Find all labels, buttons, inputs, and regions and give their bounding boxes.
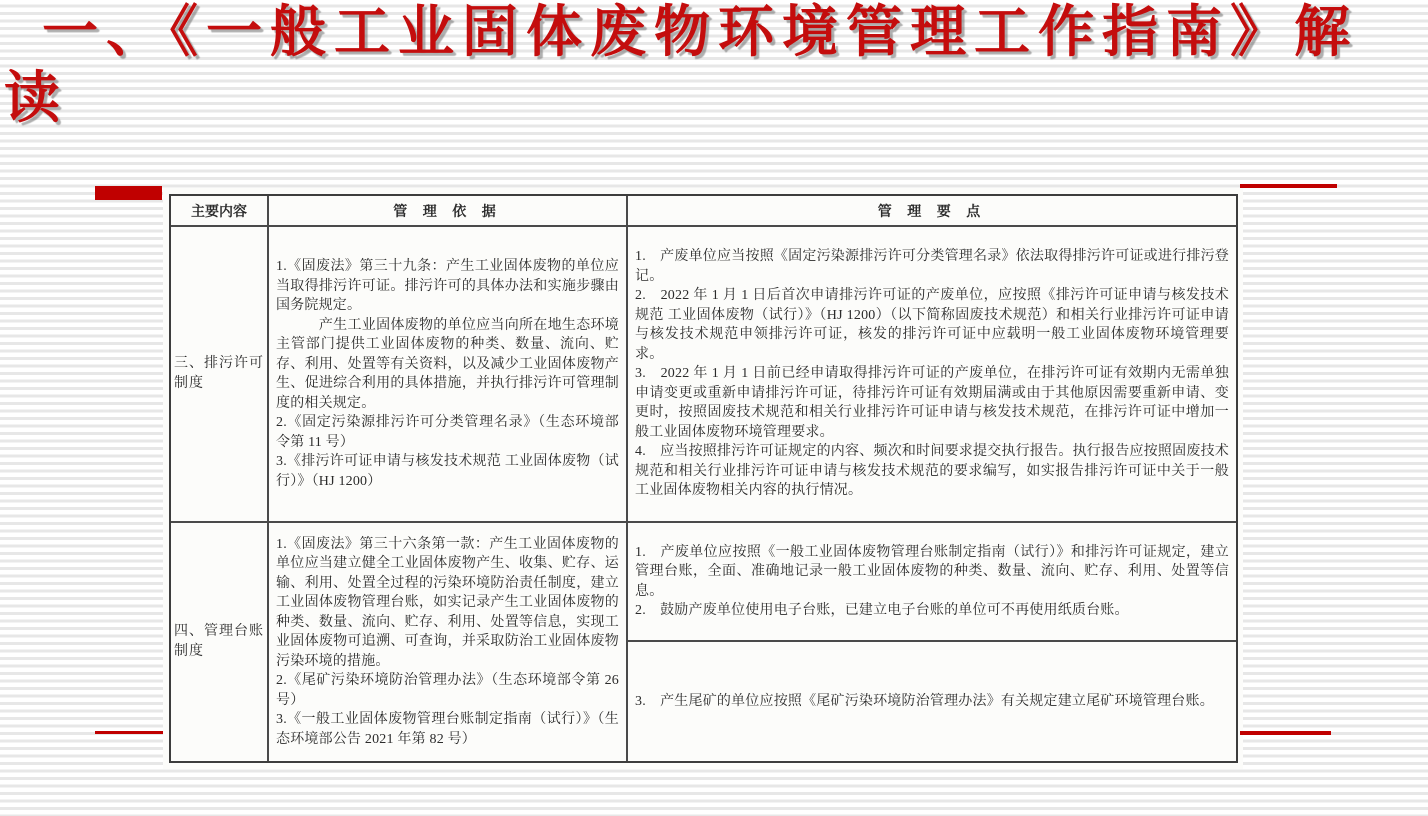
table-header-management-basis: 管 理 依 据 — [269, 196, 628, 227]
red-accent-line-bottom-right — [1240, 731, 1331, 735]
table-header-main-content: 主要内容 — [171, 196, 269, 227]
row-permit-basis-text: 1.《固废法》第三十九条：产生工业固体废物的单位应当取得排污许可证。排污许可的具… — [276, 257, 619, 491]
row-ledger-points-tailings: 3. 产生尾矿的单位应按照《尾矿污染环境防治管理办法》有关规定建立尾矿环境管理台… — [628, 642, 1236, 761]
page-title-line-1: 一、《一般工业固体废物环境管理工作指南》解 — [0, 0, 1428, 66]
row-ledger-basis-text: 1.《固废法》第三十六条第一款：产生工业固体废物的单位应当建立健全工业固体废物产… — [276, 535, 619, 750]
page-title: 一、《一般工业固体废物环境管理工作指南》解 读 — [0, 0, 1428, 132]
row-ledger-points-main: 1. 产废单位应按照《一般工业固体废物管理台账制定指南（试行）》和排污许可证规定… — [628, 523, 1236, 642]
row-permit-topic: 三、排污许可制度 — [171, 227, 269, 523]
table-header-management-points: 管 理 要 点 — [628, 196, 1236, 227]
row-permit-basis: 1.《固废法》第三十九条：产生工业固体废物的单位应当取得排污许可证。排污许可的具… — [269, 227, 628, 523]
row-permit-points-text: 1. 产废单位应当按照《固定污染源排污许可分类管理名录》依法取得排污许可证或进行… — [635, 247, 1229, 501]
row-ledger-basis: 1.《固废法》第三十六条第一款：产生工业固体废物的单位应当建立健全工业固体废物产… — [269, 523, 628, 761]
red-accent-line-top-right — [1240, 184, 1337, 188]
row-ledger-points: 1. 产废单位应按照《一般工业固体废物管理台账制定指南（试行）》和排污许可证规定… — [628, 523, 1236, 761]
page-title-line-2: 读 — [0, 66, 1428, 132]
row-ledger-points-main-text: 1. 产废单位应按照《一般工业固体废物管理台账制定指南（试行）》和排污许可证规定… — [635, 543, 1229, 621]
row-ledger-topic: 四、管理台账制度 — [171, 523, 269, 761]
row-permit-points: 1. 产废单位应当按照《固定污染源排污许可分类管理名录》依法取得排污许可证或进行… — [628, 227, 1236, 523]
scanned-document-panel: 主要内容 管 理 依 据 管 理 要 点 三、排污许可制度 1.《固废法》第三十… — [163, 188, 1243, 769]
content-table: 主要内容 管 理 依 据 管 理 要 点 三、排污许可制度 1.《固废法》第三十… — [169, 194, 1238, 763]
red-accent-bar-top-left — [95, 186, 162, 200]
red-accent-line-bottom-left — [95, 731, 163, 734]
row-ledger-points-tailings-text: 3. 产生尾矿的单位应按照《尾矿污染环境防治管理办法》有关规定建立尾矿环境管理台… — [635, 692, 1229, 712]
